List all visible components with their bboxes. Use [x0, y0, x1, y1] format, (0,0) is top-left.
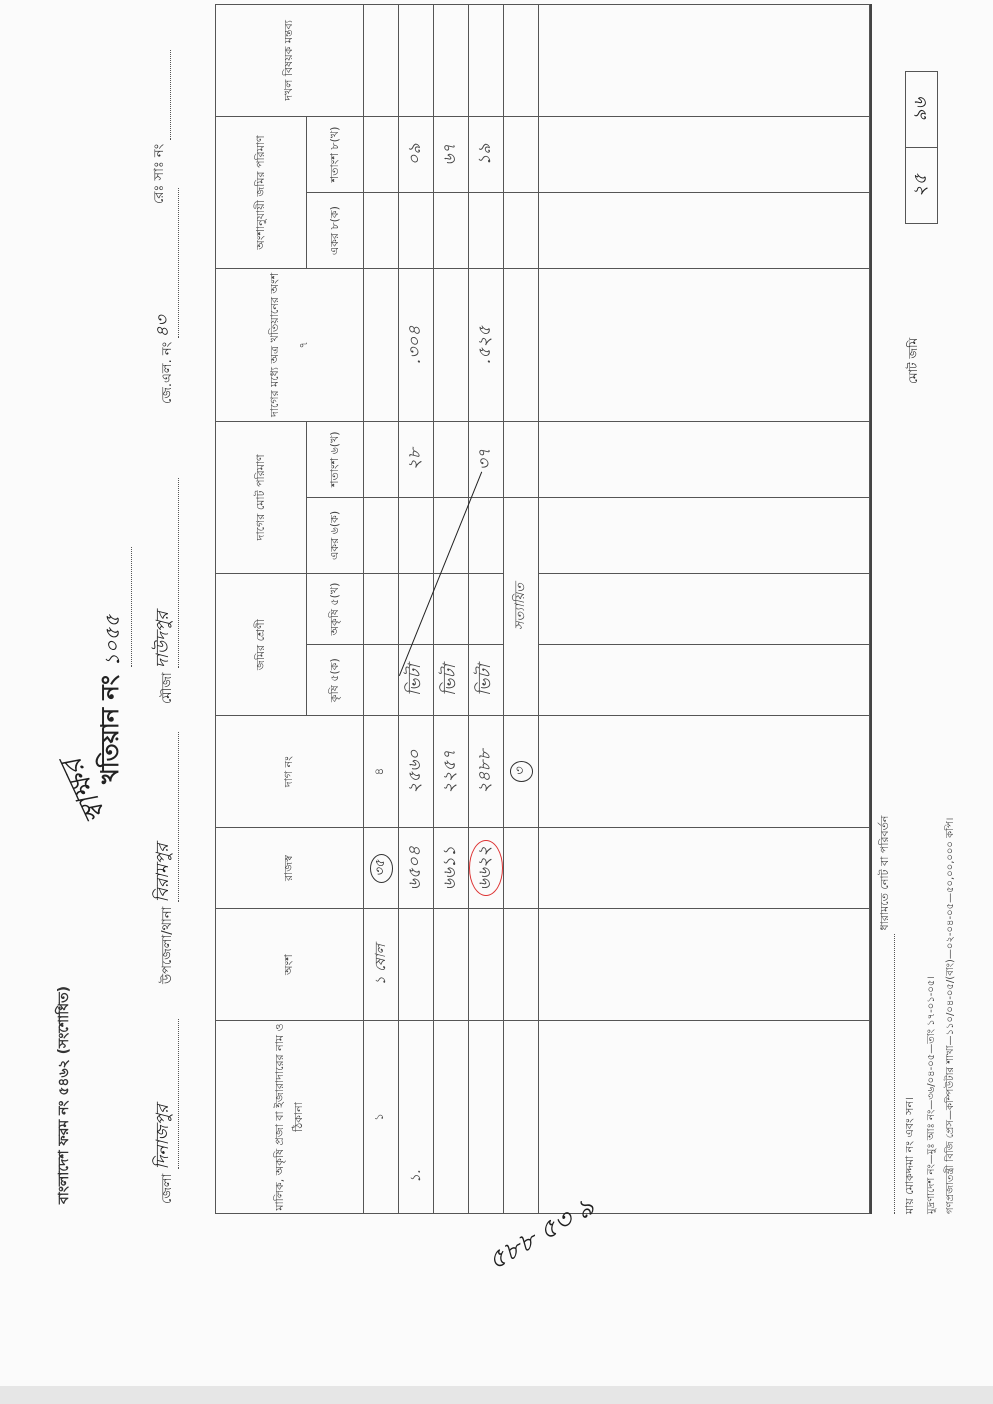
row-khatian-share: .৩০৪: [399, 269, 434, 421]
page-title: খতিয়ান নং ১০৫৫: [92, 547, 132, 784]
header-class-agri: কৃষি ৫(ক): [307, 645, 364, 716]
header-prop-acre: একর ৮(ক): [307, 193, 364, 269]
jl-value: ৪৩: [150, 188, 179, 338]
header-share: অংশ: [216, 909, 364, 1021]
rs-label: রেঃ সাঃ নং: [152, 144, 167, 204]
row-revenue: ৬৬১১: [434, 827, 469, 908]
jl-field: জে.এল. নং ৪৩: [150, 188, 179, 404]
row-class-agri: ভিটা: [434, 645, 469, 716]
changes-label: ধারামতে নোট বা পরিবর্তন: [878, 816, 891, 931]
row-class-agri: ভিটা: [399, 645, 434, 716]
row-prop-decimal: ১৯: [469, 116, 504, 192]
header-class-nonagri: অকৃষি ৫(খ): [307, 574, 364, 645]
row-revenue-circled: ৬৬২২: [469, 827, 504, 908]
header-dag-acre: একর ৬(ক): [307, 497, 364, 573]
khatian-table: মালিক, অকৃষি প্রজা বা ইজারাদারের নাম ও ঠ…: [215, 4, 870, 1214]
print-line-1: মুদ্রণাদেশ নং—মুঃ আঃ নং—৩৬/০৪-০৫—তাং ১৭-…: [924, 4, 941, 1214]
row-dag: ২৪৮৮: [469, 716, 504, 828]
header-revenue: রাজস্ব: [216, 827, 364, 908]
header-possession: দখল বিষয়ক মন্তব্য: [216, 5, 364, 117]
khatian-form-page: বাংলাদেশ ফরম নং ৫৪৬২ (সংশোধিত) স্বাক্ষর …: [0, 0, 993, 1404]
title-label: খতিয়ান নং: [96, 675, 124, 784]
row-dag-decimal: ২৮: [399, 421, 434, 497]
share-value: ১ ষোল: [364, 909, 399, 1021]
owner-serial: ১.: [399, 1020, 434, 1213]
row-khatian-share: [434, 269, 469, 421]
table-row: ৬৬১১ ২২৫৭ ভিটা ৬৭: [434, 5, 469, 1214]
mouza-field: মৌজা দাউদপুর: [150, 478, 179, 704]
table-row: ৬৬২২ ২৪৮৮ ভিটা ৩৭ .৫২৫ ১৯: [469, 5, 504, 1214]
form-number: বাংলাদেশ ফরম নং ৫৪৬২ (সংশোধিত): [52, 986, 76, 1204]
case-label: মায় মোকদ্দমা নং এবং সন।: [901, 4, 920, 1214]
row-revenue: ৬৫০৪: [399, 827, 434, 908]
district-field: জেলা দিনাজপুর: [150, 1019, 179, 1204]
header-owner: মালিক, অকৃষি প্রজা বা ইজারাদারের নাম ও ঠ…: [216, 1020, 364, 1213]
column-marker-row: ১ ১ ষোল ৩৫ ৪: [364, 5, 399, 1214]
header-proportional: অংশানুযায়ী জমির পরিমাণ: [216, 116, 307, 268]
upazila-value: বিরামপুর: [150, 733, 179, 903]
footer: ধারামতে নোট বা পরিবর্তন মায় মোকদ্দমা নং…: [870, 4, 960, 1214]
row-dag: ২৫৬০: [399, 716, 434, 828]
print-line-2: গণপ্রজাতন্ত্রী বিজি প্রেস—কম্পিউটার শাখা…: [943, 4, 960, 1214]
row-prop-decimal: ০৯: [399, 116, 434, 192]
table-row: ১. ৬৫০৪ ২৫৬০ ভিটা ২৮ .৩০৪ ০৯: [399, 5, 434, 1214]
district-label: জেলা: [160, 1174, 175, 1204]
district-value: দিনাজপুর: [150, 1019, 179, 1169]
upazila-field: উপজেলা/থানা বিরামপুর: [150, 733, 179, 985]
khatian-number: ১০৫৫: [98, 547, 132, 667]
row-prop-decimal: ৬৭: [434, 116, 469, 192]
row-dag-decimal: [434, 421, 469, 497]
header-prop-decimal: শতাংশ ৮(খ): [307, 116, 364, 192]
mouza-value: দাউদপুর: [150, 478, 179, 668]
table-blank-row: [539, 5, 870, 1214]
circled-note: ৩: [510, 761, 533, 781]
rs-value: [170, 50, 171, 140]
header-dag-total: দাগের মোট পরিমাণ: [216, 421, 307, 573]
row-dag-decimal: ৩৭: [469, 421, 504, 497]
table-row: ৩ সত্যায়িত: [504, 5, 539, 1214]
rs-field: রেঃ সাঃ নং: [150, 50, 171, 204]
header-dag-decimal: শতাংশ ৬(খ): [307, 421, 364, 497]
revenue-marker: ৩৫: [370, 854, 393, 883]
jl-label: জে.এল. নং: [160, 342, 175, 404]
row-class-agri: ভিটা: [469, 645, 504, 716]
header-land-class: জমির শ্রেণী: [216, 574, 307, 716]
mouza-label: মৌজা: [160, 672, 175, 704]
header-khatian-share: দাগের মধ্যে অত্র খতিয়ানের অংশ ৭: [216, 269, 364, 421]
upazila-label: উপজেলা/থানা: [160, 907, 175, 984]
header-dag-no: দাগ নং: [216, 716, 364, 828]
verification-note: সত্যায়িত: [504, 497, 539, 715]
row-dag: ২২৫৭: [434, 716, 469, 828]
row-khatian-share: .৫২৫: [469, 269, 504, 421]
